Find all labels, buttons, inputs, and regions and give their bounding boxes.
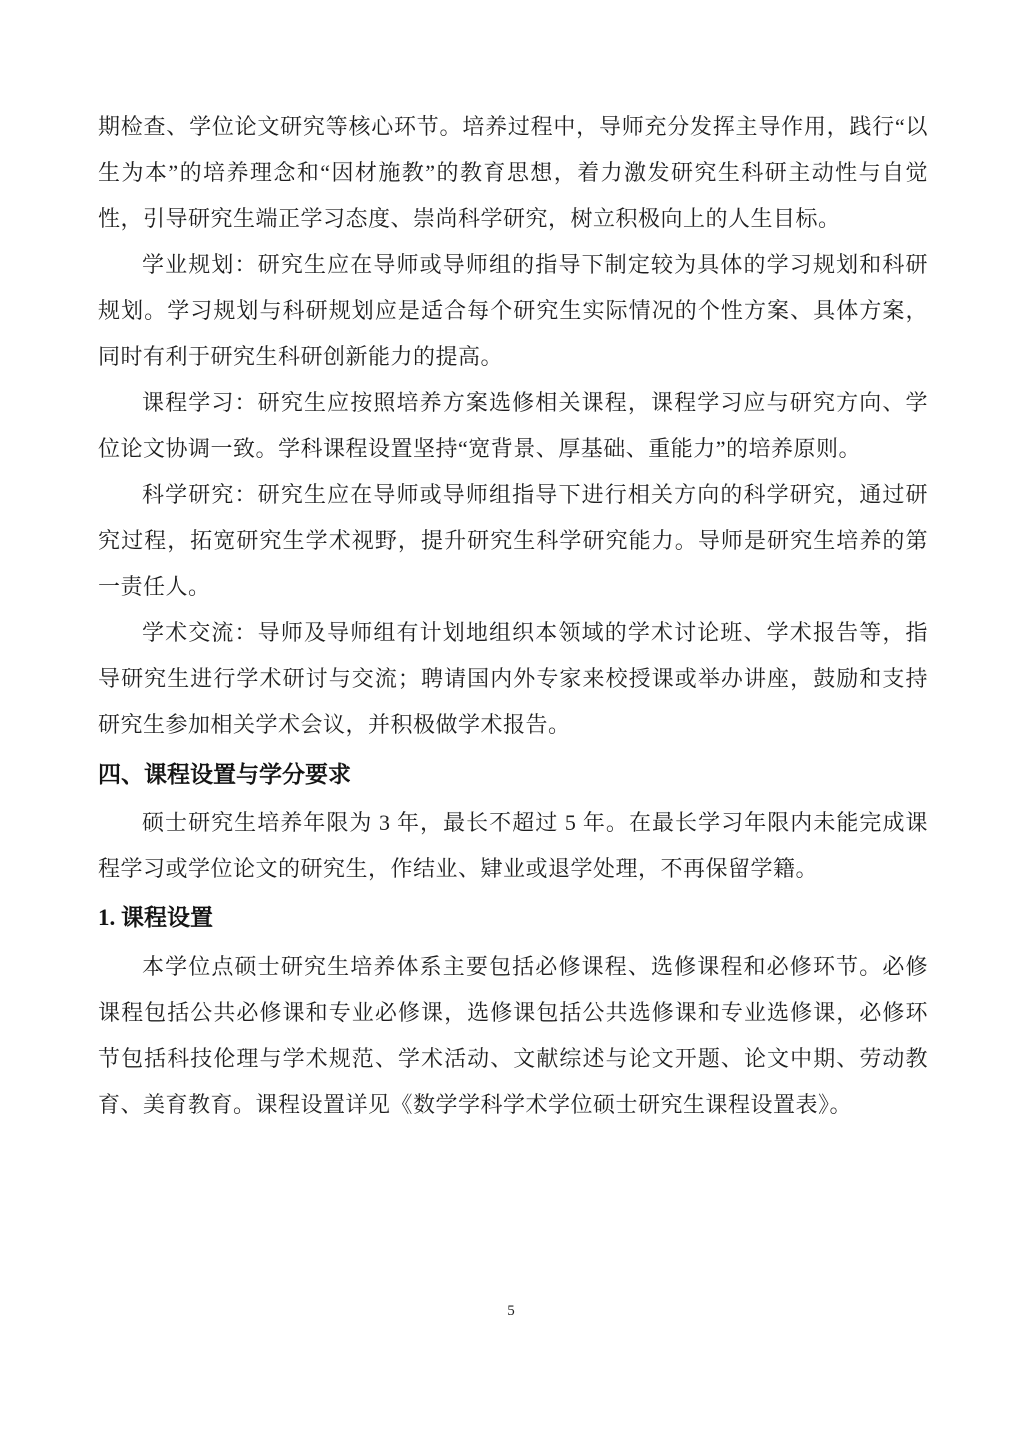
paragraph-academic-exchange: 学术交流：导师及导师组有计划地组织本领域的学术讨论班、学术报告等，指导研究生进行… xyxy=(98,610,928,748)
paragraph-supervision-continuation: 期检查、学位论文研究等核心环节。培养过程中，导师充分发挥主导作用，践行“以生为本… xyxy=(98,104,928,242)
paragraph-study-duration: 硕士研究生培养年限为 3 年，最长不超过 5 年。在最长学习年限内未能完成课程学… xyxy=(98,800,928,892)
paragraph-course-study: 课程学习：研究生应按照培养方案选修相关课程，课程学习应与研究方向、学位论文协调一… xyxy=(98,380,928,472)
document-content: 期检查、学位论文研究等核心环节。培养过程中，导师充分发挥主导作用，践行“以生为本… xyxy=(98,104,928,1128)
paragraph-course-system: 本学位点硕士研究生培养体系主要包括必修课程、选修课程和必修环节。必修课程包括公共… xyxy=(98,944,928,1128)
paragraph-scientific-research: 科学研究：研究生应在导师或导师组指导下进行相关方向的科学研究，通过研究过程，拓宽… xyxy=(98,472,928,610)
subsection-heading-course-setup: 1. 课程设置 xyxy=(98,894,928,942)
page-number: 5 xyxy=(507,1303,515,1319)
section-heading-course-credit-requirements: 四、课程设置与学分要求 xyxy=(98,750,928,798)
page-footer: 5 xyxy=(0,1303,1022,1320)
document-page: 期检查、学位论文研究等核心环节。培养过程中，导师充分发挥主导作用，践行“以生为本… xyxy=(0,0,1022,1433)
paragraph-academic-planning: 学业规划：研究生应在导师或导师组的指导下制定较为具体的学习规划和科研规划。学习规… xyxy=(98,242,928,380)
